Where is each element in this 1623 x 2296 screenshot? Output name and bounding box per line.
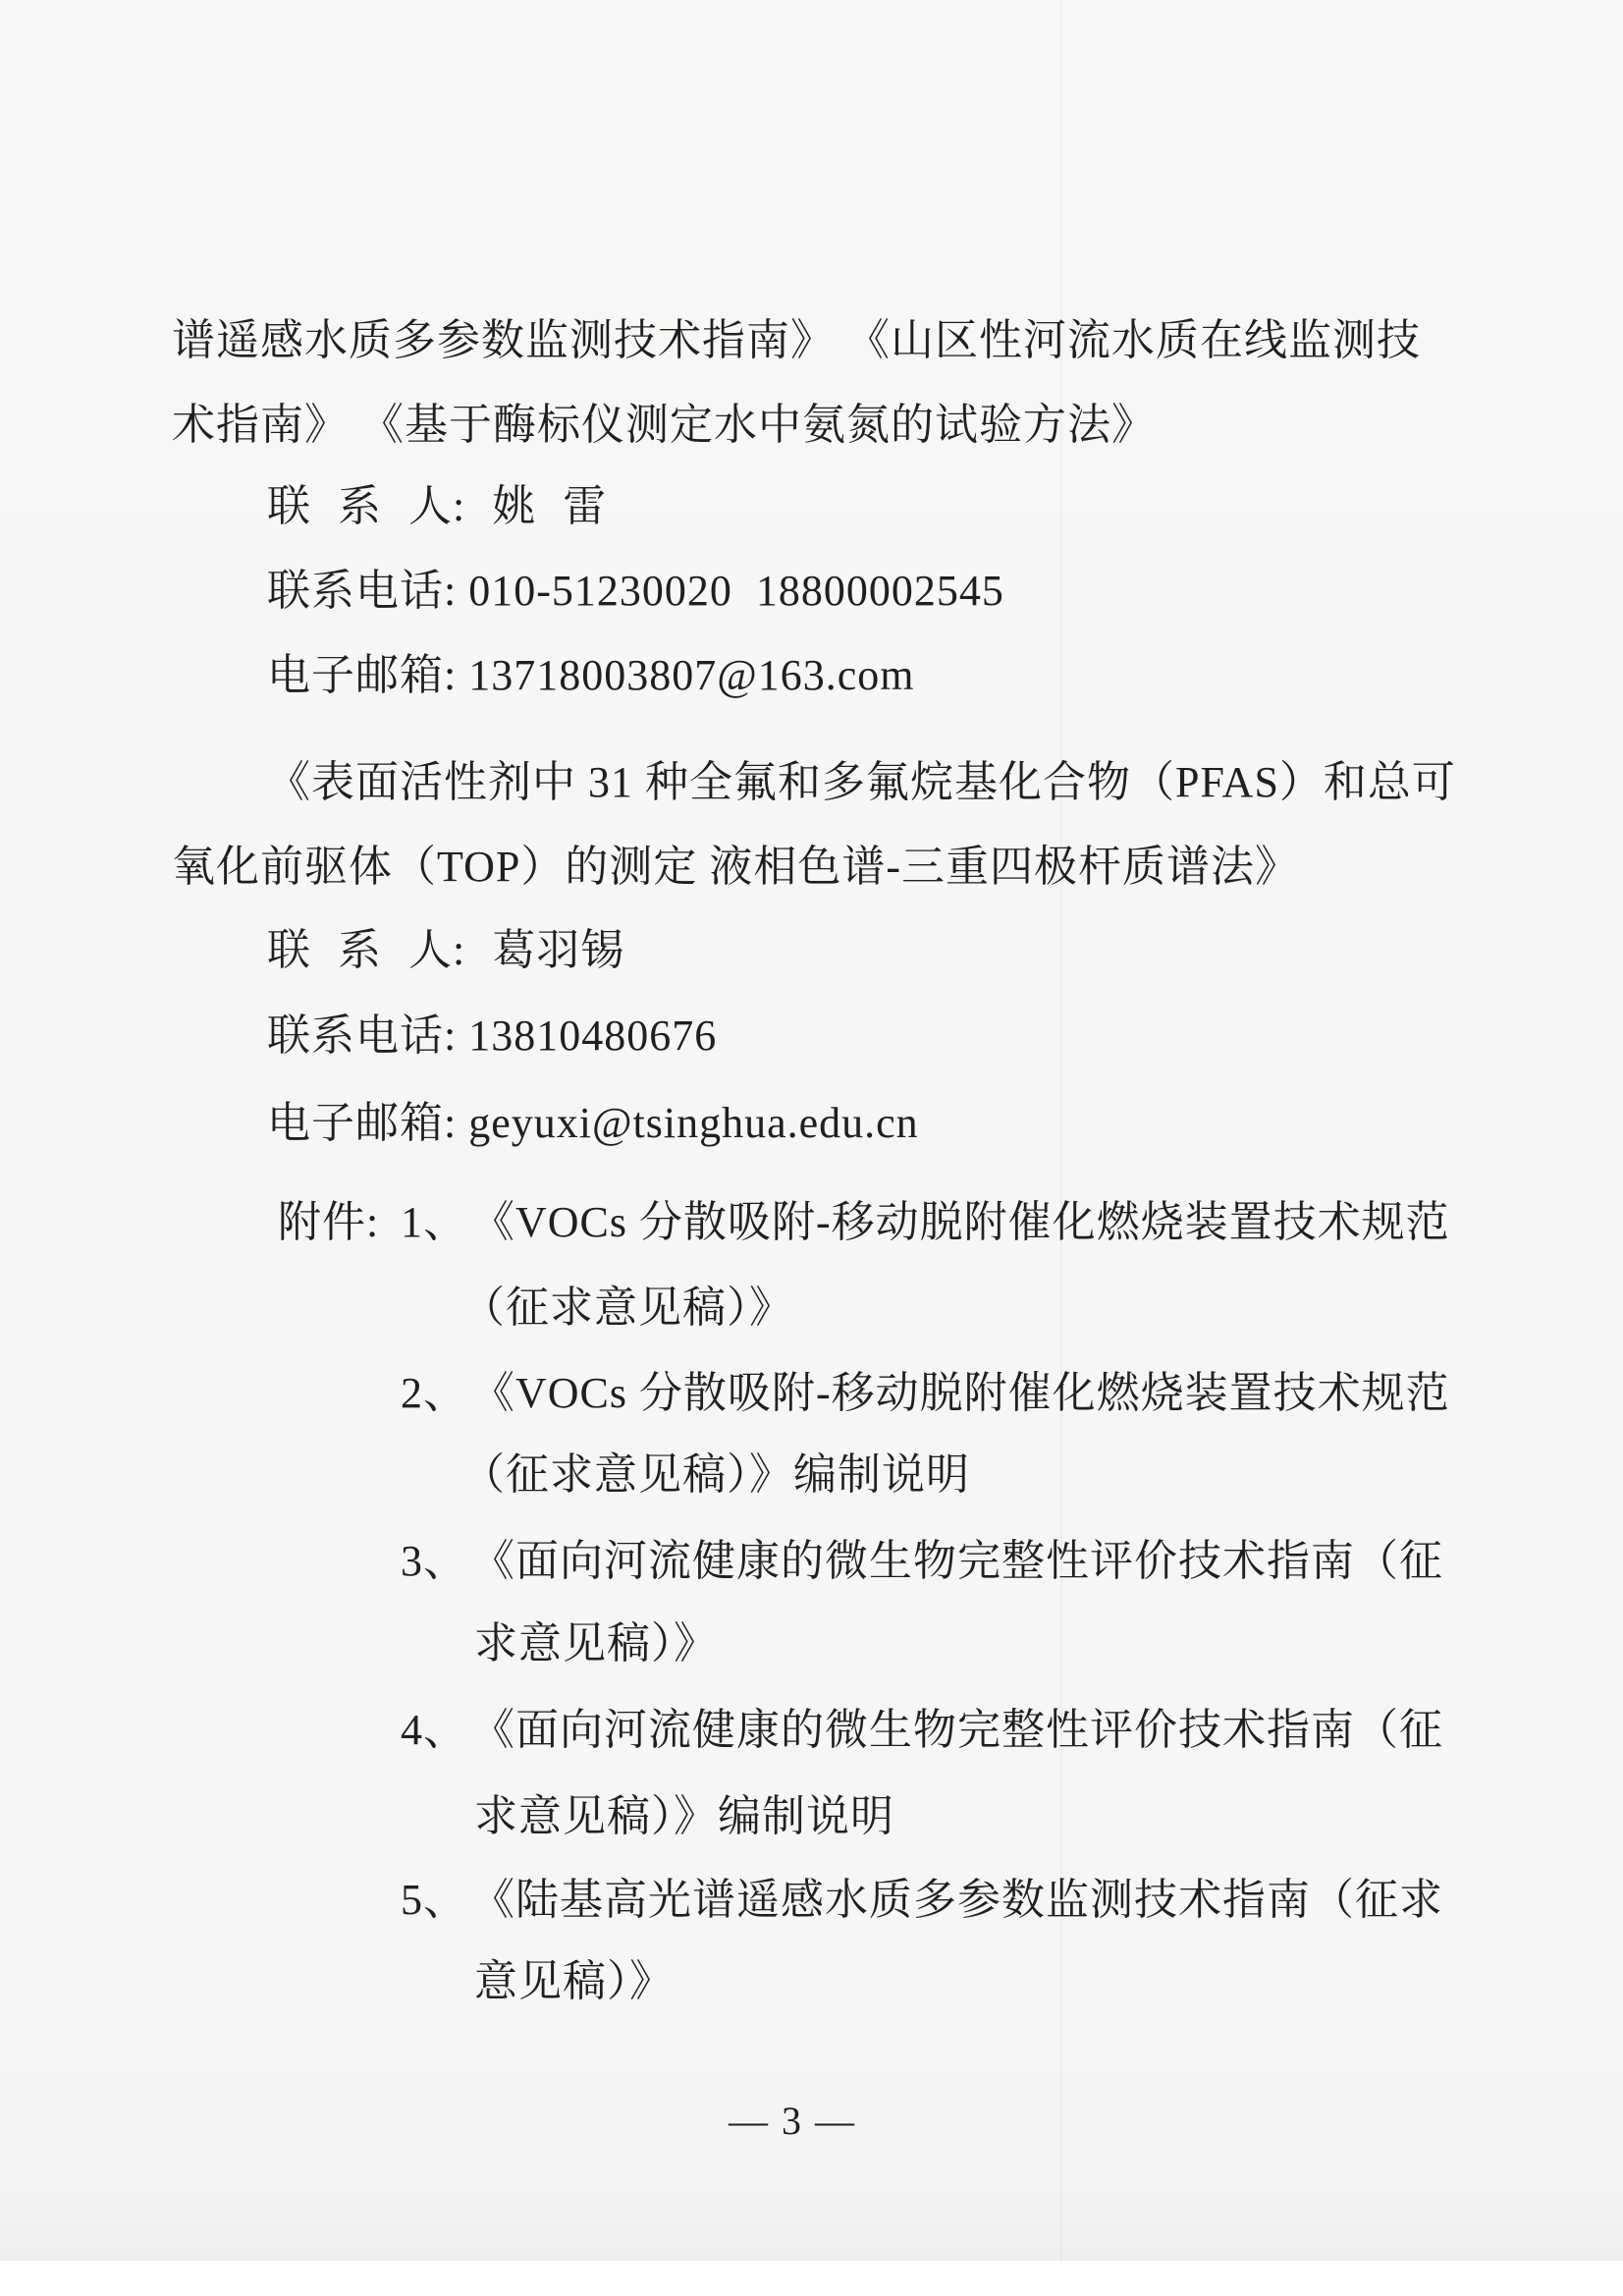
attachment-4-title-line2: 求意见稿）》编制说明: [474, 1787, 894, 1846]
attachments-row-2: 2、 《VOCs 分散吸附-移动脱附催化燃烧装置技术规范: [0, 1364, 1623, 1423]
contact2-person-line: 联 系 人: 葛羽锡: [267, 921, 624, 980]
paragraph1-line1: 谱遥感水质多参数监测技术指南》 《山区性河流水质在线监测技: [172, 311, 1421, 370]
attachment-1-title-line2: （征求意见稿）》: [461, 1279, 793, 1338]
attachment-4-number: 4、: [401, 1701, 467, 1760]
contact2-phone-line: 联系电话: 13810480676: [267, 1007, 717, 1066]
attachment-1-title-line1: 《VOCs 分散吸附-移动脱附催化燃烧装置技术规范: [471, 1193, 1450, 1252]
attachment-4-title-line1: 《面向河流健康的微生物完整性评价技术指南（征: [471, 1701, 1443, 1760]
paragraph1-line2: 术指南》 《基于酶标仪测定水中氨氮的试验方法》: [172, 396, 1156, 455]
attachments-label: 附件:: [278, 1193, 379, 1252]
contact1-email-line: 电子邮箱: 13718003807@163.com: [267, 646, 915, 705]
attachment-5-title-line1: 《陆基高光谱遥感水质多参数监测技术指南（征求: [471, 1871, 1443, 1930]
scan-bottom-edge: [0, 2261, 1623, 2296]
page-number: — 3 —: [0, 2098, 1585, 2145]
contact1-phone-line: 联系电话: 010-51230020 18800002545: [267, 562, 1004, 621]
attachment-5-number: 5、: [401, 1871, 467, 1930]
attachment-2-title-line1: 《VOCs 分散吸附-移动脱附催化燃烧装置技术规范: [471, 1364, 1450, 1423]
attachment-3-title-line2: 求意见稿）》: [474, 1614, 718, 1673]
attachment-3-number: 3、: [401, 1532, 467, 1591]
contact2-email-line: 电子邮箱: geyuxi@tsinghua.edu.cn: [267, 1094, 919, 1153]
paragraph2-line1: 《表面活性剂中 31 种全氟和多氟烷基化合物（PFAS）和总可: [267, 753, 1456, 812]
attachments-row-3: 3、 《面向河流健康的微生物完整性评价技术指南（征: [0, 1532, 1623, 1591]
attachments-row-4: 4、 《面向河流健康的微生物完整性评价技术指南（征: [0, 1701, 1623, 1760]
attachments-row-1: 附件: 1、 《VOCs 分散吸附-移动脱附催化燃烧装置技术规范: [0, 1193, 1623, 1252]
attachment-1-number: 1、: [401, 1193, 467, 1252]
attachment-3-title-line1: 《面向河流健康的微生物完整性评价技术指南（征: [471, 1532, 1443, 1591]
paragraph2-line2: 氧化前驱体（TOP）的测定 液相色谱-三重四极杆质谱法》: [172, 838, 1299, 897]
attachment-2-number: 2、: [401, 1364, 467, 1423]
attachments-row-5: 5、 《陆基高光谱遥感水质多参数监测技术指南（征求: [0, 1871, 1623, 1930]
attachment-2-title-line2: （征求意见稿）》编制说明: [461, 1446, 970, 1504]
document-page: 谱遥感水质多参数监测技术指南》 《山区性河流水质在线监测技 术指南》 《基于酶标…: [0, 0, 1623, 2296]
contact1-person-line: 联 系 人: 姚 雷: [267, 477, 607, 536]
attachment-5-title-line2: 意见稿）》: [474, 1952, 674, 2011]
